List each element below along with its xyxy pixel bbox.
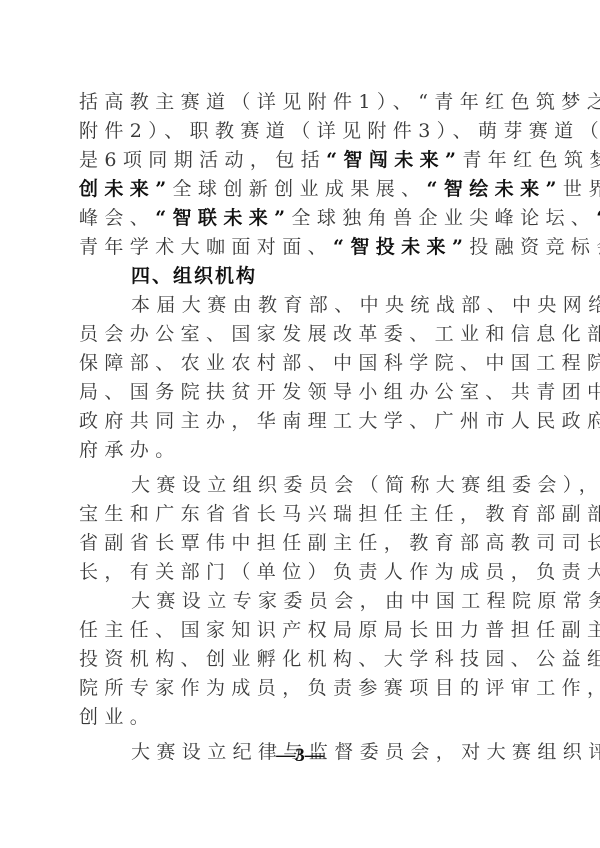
text-line: 是6项同期活动，包括“智闯未来”青年红色筑梦之旅活动、“智 xyxy=(79,146,525,175)
text-segment: 是6项同期活动，包括 xyxy=(79,149,326,171)
text-line: 附件2）、职教赛道（详见附件3）、萌芽赛道（详见附件4）。“6” xyxy=(79,117,525,146)
text-line: 投资机构、创业孵化机构、大学科技园、公益组织、高校和科研 xyxy=(79,645,525,674)
text-segment: 峰会、 xyxy=(79,207,155,229)
activity-name-bold: “智闯未来” xyxy=(326,149,462,171)
activity-name-bold: “智绘未来” xyxy=(427,178,563,200)
page-number: —3— xyxy=(0,745,600,767)
activity-name-bold: “智联未来” xyxy=(155,207,291,229)
text-segment: 世界湾区高等教育 xyxy=(563,178,600,200)
text-line: 宝生和广东省省长马兴瑞担任主任，教育部副部长钟登华和广东 xyxy=(79,500,525,529)
text-line: 创未来”全球创新创业成果展、“智绘未来”世界湾区高等教育 xyxy=(79,175,525,204)
paragraph-organizers: 本届大赛由教育部、中央统战部、中央网络安全和信息化委 员会办公室、国家发展改革委… xyxy=(79,291,525,465)
text-segment: 青年红色筑梦之旅活动、 xyxy=(462,149,600,171)
text-segment: 括高教主赛道（详见附件1）、“青年红色筑梦之旅”赛道（详见 xyxy=(79,91,600,113)
text-line: 本届大赛由教育部、中央统战部、中央网络安全和信息化委 xyxy=(79,291,525,320)
activity-name-bold: 创未来” xyxy=(79,178,173,200)
text-segment: 全球创新创业成果展、 xyxy=(173,178,427,200)
paragraph-organizing-committee: 大赛设立组织委员会（简称大赛组委会），由教育部部长陈 宝生和广东省省长马兴瑞担任… xyxy=(79,471,525,587)
text-line: 保障部、农业农村部、中国科学院、中国工程院、国家知识产权 xyxy=(79,349,525,378)
text-line: 大赛设立组织委员会（简称大赛组委会），由教育部部长陈 xyxy=(79,471,525,500)
text-line: 省副省长覃伟中担任副主任，教育部高教司司长吴岩担任秘书 xyxy=(79,529,525,558)
text-segment: 投融资竞标会。 xyxy=(469,236,600,258)
text-line: 政府共同主办，华南理工大学、广州市人民政府和深圳市人民政 xyxy=(79,407,525,436)
activity-name-bold: “智投未来” xyxy=(333,236,469,258)
text-line: 括高教主赛道（详见附件1）、“青年红色筑梦之旅”赛道（详见 xyxy=(79,88,525,117)
text-segment: 全球独角兽企业尖峰论坛、 xyxy=(291,207,596,229)
text-segment: 青年学术大咖面对面、 xyxy=(79,236,333,258)
intro-continuation: 括高教主赛道（详见附件1）、“青年红色筑梦之旅”赛道（详见 附件2）、职教赛道（… xyxy=(79,88,525,262)
section-heading: 四、组织机构 xyxy=(79,262,525,291)
text-line: 青年学术大咖面对面、“智投未来”投融资竞标会。 xyxy=(79,233,525,262)
text-line: 峰会、“智联未来”全球独角兽企业尖峰论坛、“智享未来”全球 xyxy=(79,204,525,233)
text-line: 创业。 xyxy=(79,703,525,732)
text-segment: 附件2）、职教赛道（详见附件3）、萌芽赛道（详见附件4）。“6” xyxy=(79,120,600,142)
text-line: 院所专家作为成员，负责参赛项目的评审工作，指导大学生创新 xyxy=(79,674,525,703)
text-line: 局、国务院扶贫开发领导小组办公室、共青团中央和广东省人民 xyxy=(79,378,525,407)
text-line: 员会办公室、国家发展改革委、工业和信息化部、人力资源社会 xyxy=(79,320,525,349)
text-line: 府承办。 xyxy=(79,436,525,465)
text-line: 任主任、国家知识产权局原局长田力普担任副主任，行业企业、 xyxy=(79,616,525,645)
activity-name-bold: “智享未来” xyxy=(596,207,600,229)
text-line: 大赛设立专家委员会，由中国工程院原常务副院长潘云鹤担 xyxy=(79,587,525,616)
text-line: 长，有关部门（单位）负责人作为成员，负责大赛的组织实施。 xyxy=(79,558,525,587)
document-page: 括高教主赛道（详见附件1）、“青年红色筑梦之旅”赛道（详见 附件2）、职教赛道（… xyxy=(79,88,525,767)
paragraph-expert-committee: 大赛设立专家委员会，由中国工程院原常务副院长潘云鹤担 任主任、国家知识产权局原局… xyxy=(79,587,525,732)
